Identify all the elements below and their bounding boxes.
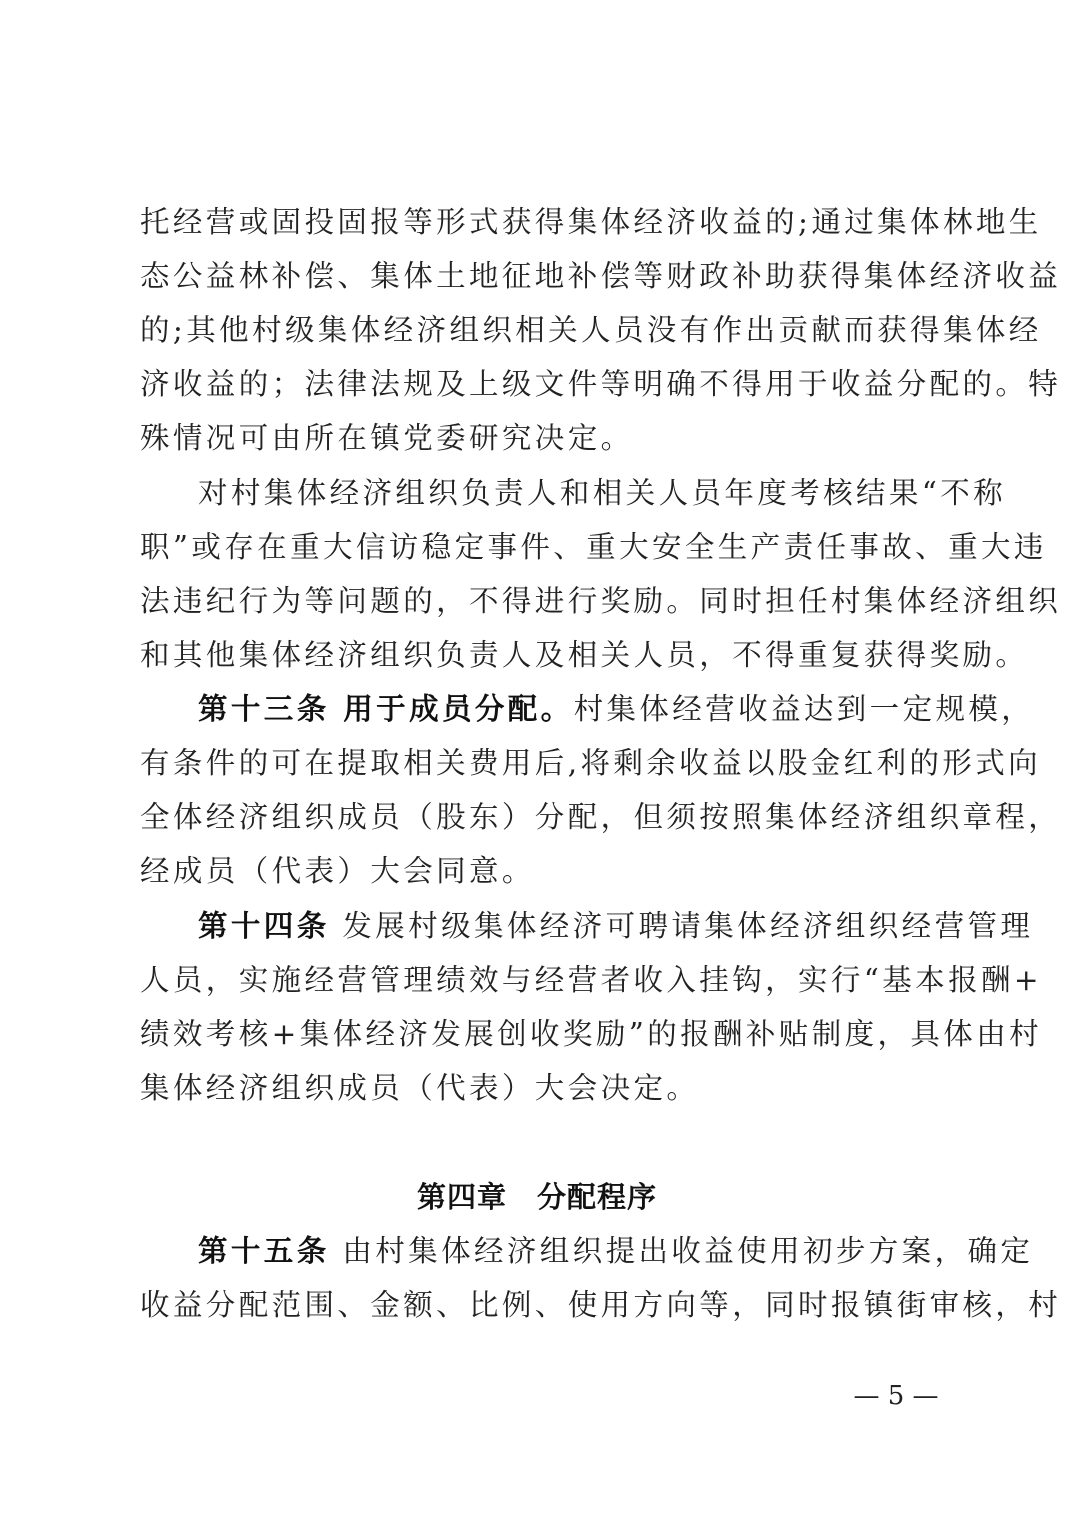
paragraph-line: 职”或存在重大信访稳定事件、重大安全生产责任事故、重大违: [140, 527, 940, 567]
paragraph-line: 集体经济组织成员（代表）大会决定。: [140, 1068, 940, 1108]
paragraph-line: 人员，实施经营管理绩效与经营者收入挂钩，实行“基本报酬+: [140, 960, 940, 1000]
paragraph-line: 收益分配范围、金额、比例、使用方向等，同时报镇街审核，村: [140, 1285, 940, 1325]
article-15-title: 第十五条: [198, 1234, 330, 1268]
article-15-text: 由村集体经济组织提出收益使用初步方案，确定: [330, 1234, 1034, 1268]
article-15-first-line: 第十五条 由村集体经济组织提出收益使用初步方案，确定: [198, 1231, 940, 1271]
article-13-text: 村集体经营收益达到一定规模，: [574, 692, 1035, 726]
article-13-first-line: 第十三条 用于成员分配。村集体经营收益达到一定规模，: [198, 689, 940, 729]
article-14-first-line: 第十四条 发展村级集体经济可聘请集体经济组织经营管理: [198, 906, 940, 946]
paragraph-line: 殊情况可由所在镇党委研究决定。: [140, 418, 940, 458]
article-13-title: 第十三条 用于成员分配。: [198, 692, 574, 726]
page-number: — 5 —: [846, 1378, 946, 1414]
paragraph-line: 态公益林补偿、集体土地征地补偿等财政补助获得集体经济收益: [140, 256, 940, 296]
chapter-heading: 第四章 分配程序: [0, 1177, 1074, 1217]
article-14-title: 第十四条: [198, 909, 330, 943]
paragraph-line: 绩效考核+集体经济发展创收奖励”的报酬补贴制度，具体由村: [140, 1014, 940, 1054]
paragraph-line: 对村集体经济组织负责人和相关人员年度考核结果“不称: [198, 473, 940, 513]
document-page: 托经营或固投固报等形式获得集体经济收益的;通过集体林地生 态公益林补偿、集体土地…: [0, 0, 1074, 1520]
article-14-text: 发展村级集体经济可聘请集体经济组织经营管理: [330, 909, 1034, 943]
paragraph-line: 的;其他村级集体经济组织相关人员没有作出贡献而获得集体经: [140, 310, 940, 350]
paragraph-line: 经成员（代表）大会同意。: [140, 851, 940, 891]
paragraph-line: 济收益的；法律法规及上级文件等明确不得用于收益分配的。特: [140, 364, 940, 404]
paragraph-line: 法违纪行为等问题的，不得进行奖励。同时担任村集体经济组织: [140, 581, 940, 621]
paragraph-line: 和其他集体经济组织负责人及相关人员，不得重复获得奖励。: [140, 635, 940, 675]
paragraph-line: 有条件的可在提取相关费用后,将剩余收益以股金红利的形式向: [140, 743, 940, 783]
paragraph-line: 全体经济组织成员（股东）分配，但须按照集体经济组织章程，: [140, 797, 940, 837]
paragraph-line: 托经营或固投固报等形式获得集体经济收益的;通过集体林地生: [140, 202, 940, 242]
